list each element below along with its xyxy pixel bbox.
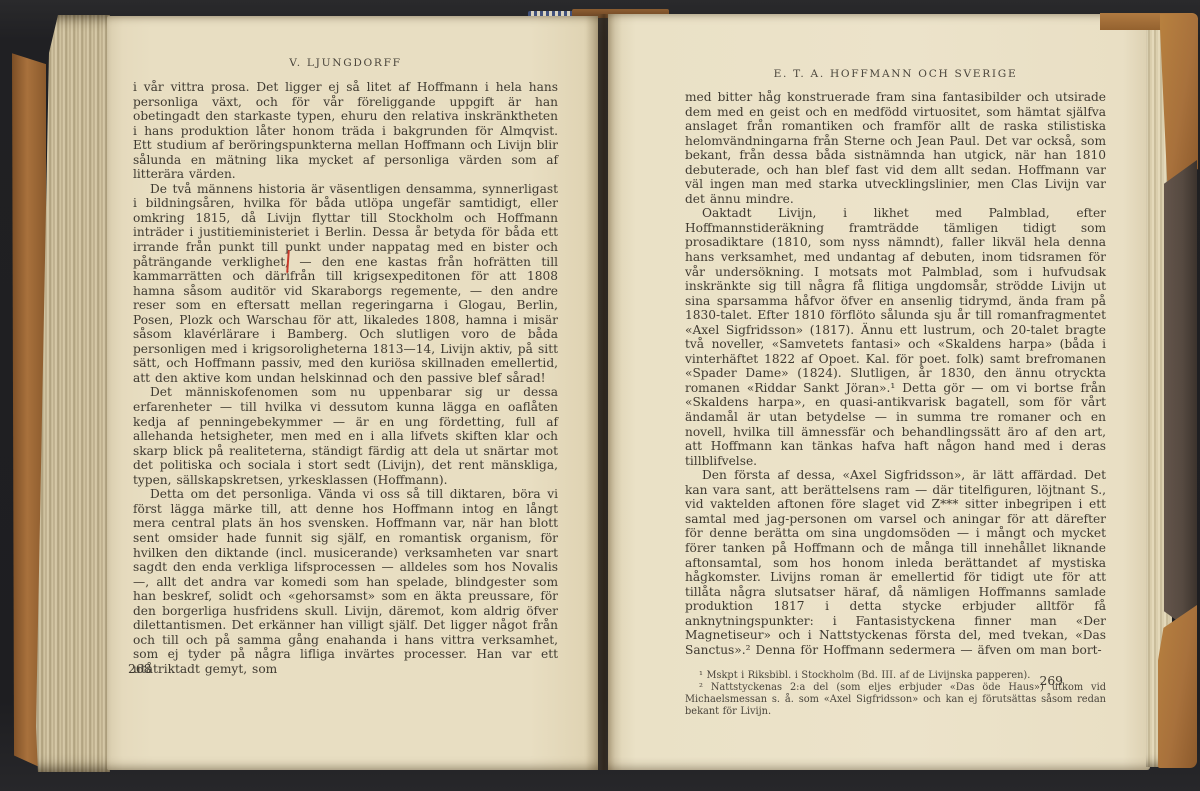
right-cover-cloth-edge (1164, 160, 1197, 635)
left-page-stack-edge (36, 15, 110, 772)
page-number-left: 268 (128, 662, 151, 676)
paragraph: Detta om det personliga. Vända vi oss så… (133, 487, 558, 676)
running-header-left: V. LJUNGDORFF (133, 57, 558, 69)
page-number-right: 269 (685, 674, 1063, 688)
right-page: E. T. A. HOFFMANN OCH SVERIGE med bitter… (608, 14, 1150, 770)
paragraph: i vår vittra prosa. Det ligger ej så lit… (133, 80, 558, 182)
paragraph: Oaktadt Livijn, i likhet med Palmblad, e… (685, 206, 1106, 468)
book-spread-photo: V. LJUNGDORFF i vår vittra prosa. Det li… (0, 0, 1200, 791)
paragraph: med bitter håg konstruerade fram sina fa… (685, 90, 1106, 206)
running-header-right: E. T. A. HOFFMANN OCH SVERIGE (685, 68, 1106, 80)
paragraph: Den första af dessa, «Axel Sigfridsson»,… (685, 468, 1106, 657)
right-page-text-column: med bitter håg konstruerade fram sina fa… (685, 90, 1106, 718)
paragraph: De två männens historia är väsentligen d… (133, 182, 558, 386)
left-page-text-column: i vår vittra prosa. Det ligger ej så lit… (133, 80, 558, 676)
right-cover-leather-corner-bottom (1158, 605, 1197, 768)
left-page: V. LJUNGDORFF i vår vittra prosa. Det li… (107, 16, 598, 770)
paragraph: Det människofenomen som nu uppenbarar si… (133, 385, 558, 487)
